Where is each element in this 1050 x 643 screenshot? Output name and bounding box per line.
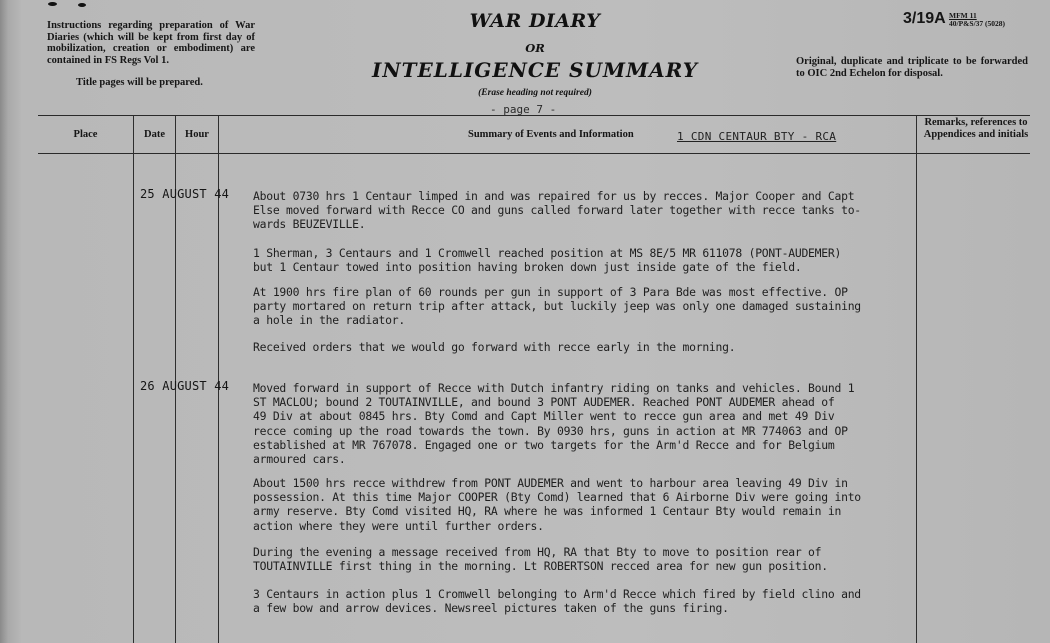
scan-speck [78, 3, 86, 7]
form-ref-line2: 40/P&S/37 (5028) [949, 20, 1005, 28]
column-header-hour: Hour [176, 129, 218, 140]
entry-paragraph: During the evening a message received fr… [253, 545, 903, 573]
scan-speck [48, 2, 57, 6]
entry-date: 26 AUGUST 44 [140, 379, 229, 393]
entry-paragraph: At 1900 hrs fire plan of 60 rounds per g… [253, 285, 903, 328]
title-war-diary: WAR DIARY [370, 10, 700, 32]
entry-paragraph: 1 Sherman, 3 Centaurs and 1 Cromwell rea… [253, 246, 903, 274]
table-header-rule [38, 153, 1030, 154]
entry-date: 25 AUGUST 44 [140, 187, 229, 201]
entry-paragraph: About 1500 hrs recce withdrew from PONT … [253, 476, 903, 533]
column-header-summary: Summary of Events and Information [468, 129, 634, 140]
erase-heading-note: (Erase heading not required) [370, 88, 700, 98]
entry-paragraph: Received orders that we would go forward… [253, 340, 903, 354]
column-header-date: Date [134, 129, 175, 140]
title-pages-note: Title pages will be prepared. [76, 77, 203, 88]
entry-paragraph: Moved forward in support of Recce with D… [253, 381, 903, 466]
unit-name: 1 CDN CENTAUR BTY - RCA [677, 130, 836, 143]
column-divider-summary-remarks [916, 116, 917, 643]
column-header-remarks: Remarks, references to Appendices and in… [920, 117, 1032, 140]
column-header-place: Place [38, 129, 133, 140]
distribution-note: Original, duplicate and triplicate to be… [796, 56, 1028, 80]
entry-paragraph: About 0730 hrs 1 Centaur limped in and w… [253, 189, 903, 232]
entry-paragraph: 3 Centaurs in action plus 1 Cromwell bel… [253, 587, 903, 615]
table-top-rule [38, 115, 1030, 116]
instructions-note: Instructions regarding preparation of Wa… [47, 20, 255, 66]
title-intelligence-summary: INTELLIGENCE SUMMARY [370, 58, 700, 82]
form-code: 3/19A [903, 10, 946, 28]
form-reference: MFM 11 40/P&S/37 (5028) [949, 12, 1005, 28]
column-divider-place-date [133, 116, 134, 643]
title-or: OR [370, 41, 700, 55]
